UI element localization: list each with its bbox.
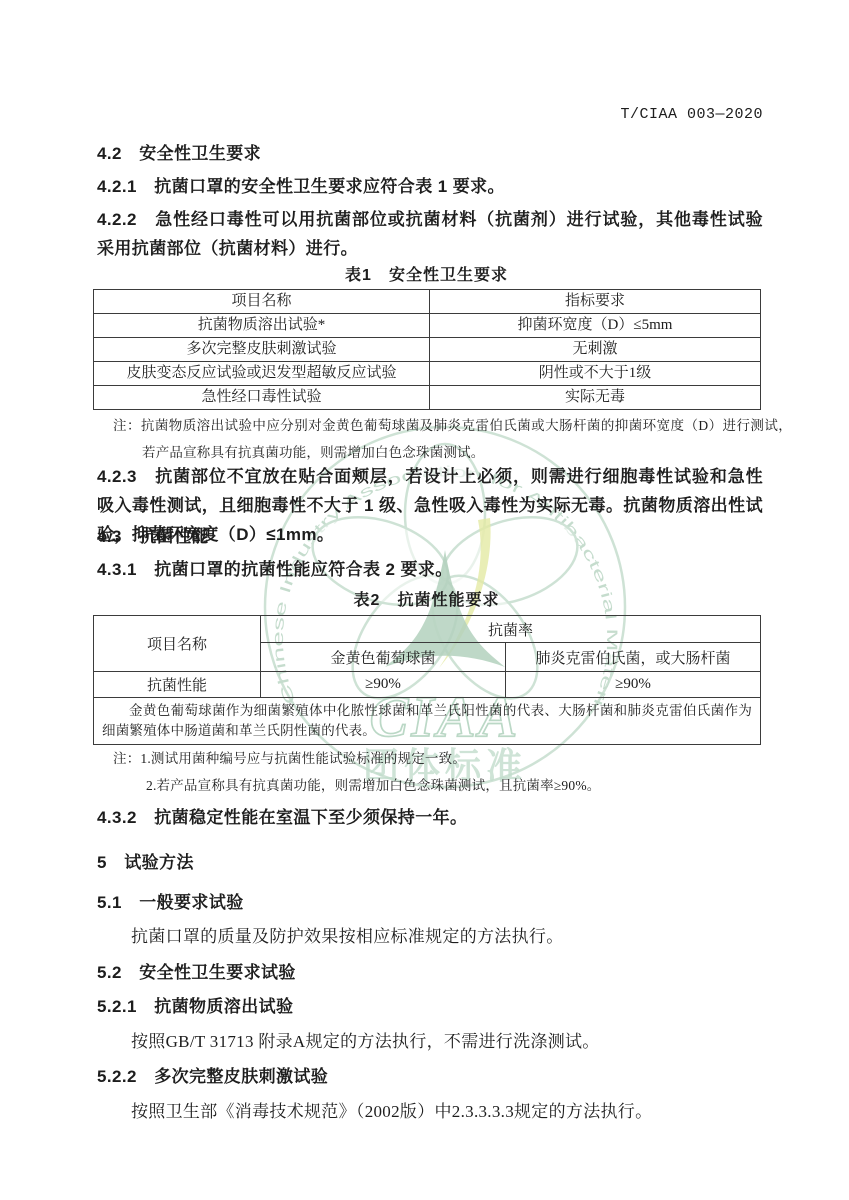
table-cell: 急性经口毒性试验 — [94, 386, 430, 410]
table-cell: 抑菌环宽度（D）≤5mm — [430, 314, 761, 338]
heading-5-2-1: 5.2.1 抗菌物质溶出试验 — [97, 992, 293, 1017]
table2-note-1: 注：1.测试用菌种编号应与抗菌性能试验标准的规定一致。 — [113, 745, 466, 772]
paragraph-5-1: 抗菌口罩的质量及防护效果按相应标准规定的方法执行。 — [97, 922, 763, 947]
table-header-cell: 项目名称 — [94, 290, 430, 314]
clause-4-3-1: 4.3.1 抗菌口罩的抗菌性能应符合表 2 要求。 — [97, 555, 763, 584]
table2-note-2: 2.若产品宣称具有抗真菌功能，则需增加白色念珠菌测试，且抗菌率≥90%。 — [146, 772, 600, 799]
heading-5-1: 5.1 一般要求试验 — [97, 888, 244, 913]
heading-5-2: 5.2 安全性卫生要求试验 — [97, 958, 296, 983]
table-cell: 抗菌物质溶出试验* — [94, 314, 430, 338]
table-cell: 多次完整皮肤刺激试验 — [94, 338, 430, 362]
heading-4-2: 4.2 安全性卫生要求 — [97, 139, 261, 164]
table-row: 抗菌物质溶出试验* 抑菌环宽度（D）≤5mm — [94, 314, 761, 338]
table-cell: ≥90% — [506, 672, 761, 698]
table-cell: ≥90% — [261, 672, 506, 698]
paragraph-5-2-1: 按照GB/T 31713 附录A规定的方法执行，不需进行洗涤测试。 — [97, 1027, 763, 1052]
table-cell: 无刺激 — [430, 338, 761, 362]
table-row: 金黄色葡萄球菌作为细菌繁殖体中化脓性球菌和革兰氏阳性菌的代表、大肠杆菌和肺炎克雷… — [94, 698, 761, 745]
table2-antibacterial-performance: 项目名称 抗菌率 金黄色葡萄球菌 肺炎克雷伯氏菌，或大肠杆菌 抗菌性能 ≥90%… — [93, 615, 761, 745]
clause-4-3-2: 4.3.2 抗菌稳定性能在室温下至少须保持一年。 — [97, 803, 763, 832]
heading-5: 5 试验方法 — [97, 848, 194, 873]
table-cell: 抗菌性能 — [94, 672, 261, 698]
table-cell: 阴性或不大于1级 — [430, 362, 761, 386]
table-row: 多次完整皮肤刺激试验 无刺激 — [94, 338, 761, 362]
standard-number-header: T/CIAA 003—2020 — [620, 106, 763, 123]
table-row: 抗菌性能 ≥90% ≥90% — [94, 672, 761, 698]
table2-description: 金黄色葡萄球菌作为细菌繁殖体中化脓性球菌和革兰氏阳性菌的代表、大肠杆菌和肺炎克雷… — [102, 701, 752, 741]
table2-caption: 表2 抗菌性能要求 — [93, 587, 760, 610]
table-header-cell: 肺炎克雷伯氏菌，或大肠杆菌 — [506, 643, 761, 672]
table-cell: 皮肤变态反应试验或迟发型超敏反应试验 — [94, 362, 430, 386]
table-header-cell: 抗菌率 — [261, 616, 761, 643]
table-row: 项目名称 抗菌率 — [94, 616, 761, 643]
table-cell: 实际无毒 — [430, 386, 761, 410]
table1-note: 注：抗菌物质溶出试验中应分别对金黄色葡萄球菌及肺炎克雷伯氏菌或大肠杆菌的抑菌环宽… — [113, 412, 792, 466]
table-row: 皮肤变态反应试验或迟发型超敏反应试验 阴性或不大于1级 — [94, 362, 761, 386]
standard-document-page: Chinese Industry Association for Antibac… — [0, 0, 849, 1200]
table1-safety-requirements: 项目名称 指标要求 抗菌物质溶出试验* 抑菌环宽度（D）≤5mm 多次完整皮肤刺… — [93, 289, 761, 410]
heading-5-2-2: 5.2.2 多次完整皮肤刺激试验 — [97, 1062, 328, 1087]
table-header-cell: 项目名称 — [94, 616, 261, 672]
table-row: 项目名称 指标要求 — [94, 290, 761, 314]
paragraph-5-2-2: 按照卫生部《消毒技术规范》（2002版）中2.3.3.3.3规定的方法执行。 — [97, 1097, 763, 1122]
table-header-cell: 指标要求 — [430, 290, 761, 314]
table1-caption: 表1 安全性卫生要求 — [93, 262, 760, 285]
table-header-cell: 金黄色葡萄球菌 — [261, 643, 506, 672]
table-row: 急性经口毒性试验 实际无毒 — [94, 386, 761, 410]
heading-4-3: 4.3 抗菌性能 — [97, 522, 209, 547]
clause-4-2-2: 4.2.2 急性经口毒性可以用抗菌部位或抗菌材料（抗菌剂）进行试验，其他毒性试验… — [97, 205, 763, 263]
clause-4-2-1: 4.2.1 抗菌口罩的安全性卫生要求应符合表 1 要求。 — [97, 172, 763, 201]
table-description-cell: 金黄色葡萄球菌作为细菌繁殖体中化脓性球菌和革兰氏阳性菌的代表、大肠杆菌和肺炎克雷… — [94, 698, 761, 745]
